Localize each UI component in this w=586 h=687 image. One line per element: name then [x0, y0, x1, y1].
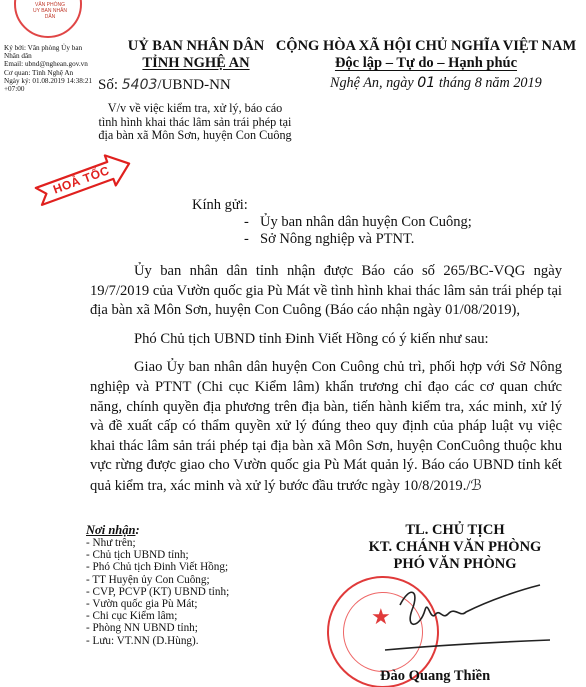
distribution-list: Nơi nhận: - Như trên; - Chủ tịch UBND tỉ…	[86, 523, 229, 647]
doc-number-handwritten: 5403	[122, 77, 158, 93]
body-paragraph-text: Giao Ủy ban nhân dân huyện Con Cuông chủ…	[90, 359, 562, 494]
recipient-name: Ủy ban nhân dân huyện Con Cuông;	[260, 214, 472, 230]
signature-title-line: KT. CHÁNH VĂN PHÒNG	[330, 539, 580, 556]
sign-date: Ngày ký: 01.08.2019 14:38:21 +07:00	[4, 77, 96, 93]
distribution-item: - Chi cục Kiểm lâm;	[86, 610, 229, 622]
body-paragraph: Phó Chủ tịch UBND tỉnh Đinh Viết Hồng có…	[90, 330, 562, 350]
place-date-suffix: tháng 8 năm 2019	[439, 75, 542, 91]
recipient-name: Sở Nông nghiệp và PTNT.	[260, 231, 414, 247]
document-number: Số: 5403/UBND-NN	[98, 77, 231, 94]
urgent-stamp: HOẢ TỐC	[31, 147, 137, 213]
national-header: CỘNG HÒA XÃ HỘI CHỦ NGHĨA VIỆT NAM Độc l…	[268, 38, 584, 72]
signature-title: TL. CHỦ TỊCH KT. CHÁNH VĂN PHÒNG PHÓ VĂN…	[330, 522, 580, 573]
org-province: TỈNH NGHỆ AN	[142, 55, 249, 71]
digital-signature-seal: VĂN PHÒNGUY BAN NHÂN DÂN	[14, 0, 82, 38]
initial-mark: ℬ	[470, 477, 481, 494]
distribution-item: - Chủ tịch UBND tỉnh;	[86, 549, 229, 561]
signer-name: Đào Quang Thiền	[380, 668, 490, 685]
org-name: UỶ BAN NHÂN DÂN	[96, 38, 296, 55]
distribution-item: - Lưu: VT.NN (D.Hùng).	[86, 635, 229, 647]
distribution-item: - TT Huyện ủy Con Cuông;	[86, 574, 229, 586]
seal-text: UY BAN NHÂN DÂN	[28, 8, 72, 20]
doc-number-suffix: /UBND-NN	[157, 77, 230, 93]
signature-title-line: TL. CHỦ TỊCH	[330, 522, 580, 539]
agency: Cơ quan: Tỉnh Nghệ An	[4, 69, 96, 77]
email: Email: ubnd@nghean.gov.vn	[4, 60, 96, 68]
distribution-item: - Phòng NN UBND tỉnh;	[86, 622, 229, 634]
document-subject: V/v về việc kiểm tra, xử lý, báo cáo tìn…	[97, 102, 293, 143]
recipient-item: -Ủy ban nhân dân huyện Con Cuông;	[244, 214, 472, 231]
recipients-label: Kính gửi:	[192, 197, 248, 214]
distribution-item: - Phó Chủ tịch Đinh Viết Hồng;	[86, 561, 229, 573]
recipients-list: -Ủy ban nhân dân huyện Con Cuông; -Sở Nô…	[244, 214, 472, 248]
national-motto: Độc lập – Tự do – Hạnh phúc	[335, 55, 517, 71]
issuing-organization: UỶ BAN NHÂN DÂN TỈNH NGHỆ AN	[96, 38, 296, 72]
nation-title: CỘNG HÒA XÃ HỘI CHỦ NGHĨA VIỆT NAM	[268, 38, 584, 55]
place-date-prefix: Nghệ An, ngày	[330, 75, 414, 91]
body-paragraph: Ủy ban nhân dân tỉnh nhận được Báo cáo s…	[90, 262, 562, 321]
distribution-item: - CVP, PCVP (KT) UBND tỉnh;	[86, 586, 229, 598]
doc-number-label: Số:	[98, 77, 118, 93]
distribution-title: Nơi nhận	[86, 523, 135, 537]
handwritten-signature	[380, 580, 580, 665]
body-paragraph: Giao Ủy ban nhân dân huyện Con Cuông chủ…	[90, 358, 562, 496]
signed-by: Ký bởi: Văn phòng Ủy ban Nhân dân	[4, 44, 96, 60]
day-handwritten: 01	[417, 75, 435, 91]
distribution-item: - Như trên;	[86, 537, 229, 549]
document-body: Ủy ban nhân dân tỉnh nhận được Báo cáo s…	[90, 262, 562, 506]
distribution-item: - Vườn quốc gia Pù Mát;	[86, 598, 229, 610]
digital-signature-info: Ký bởi: Văn phòng Ủy ban Nhân dân Email:…	[4, 44, 96, 93]
recipient-item: -Sở Nông nghiệp và PTNT.	[244, 231, 472, 248]
signature-title-line: PHÓ VĂN PHÒNG	[330, 556, 580, 573]
place-date: Nghệ An, ngày 01 tháng 8 năm 2019	[330, 75, 542, 92]
